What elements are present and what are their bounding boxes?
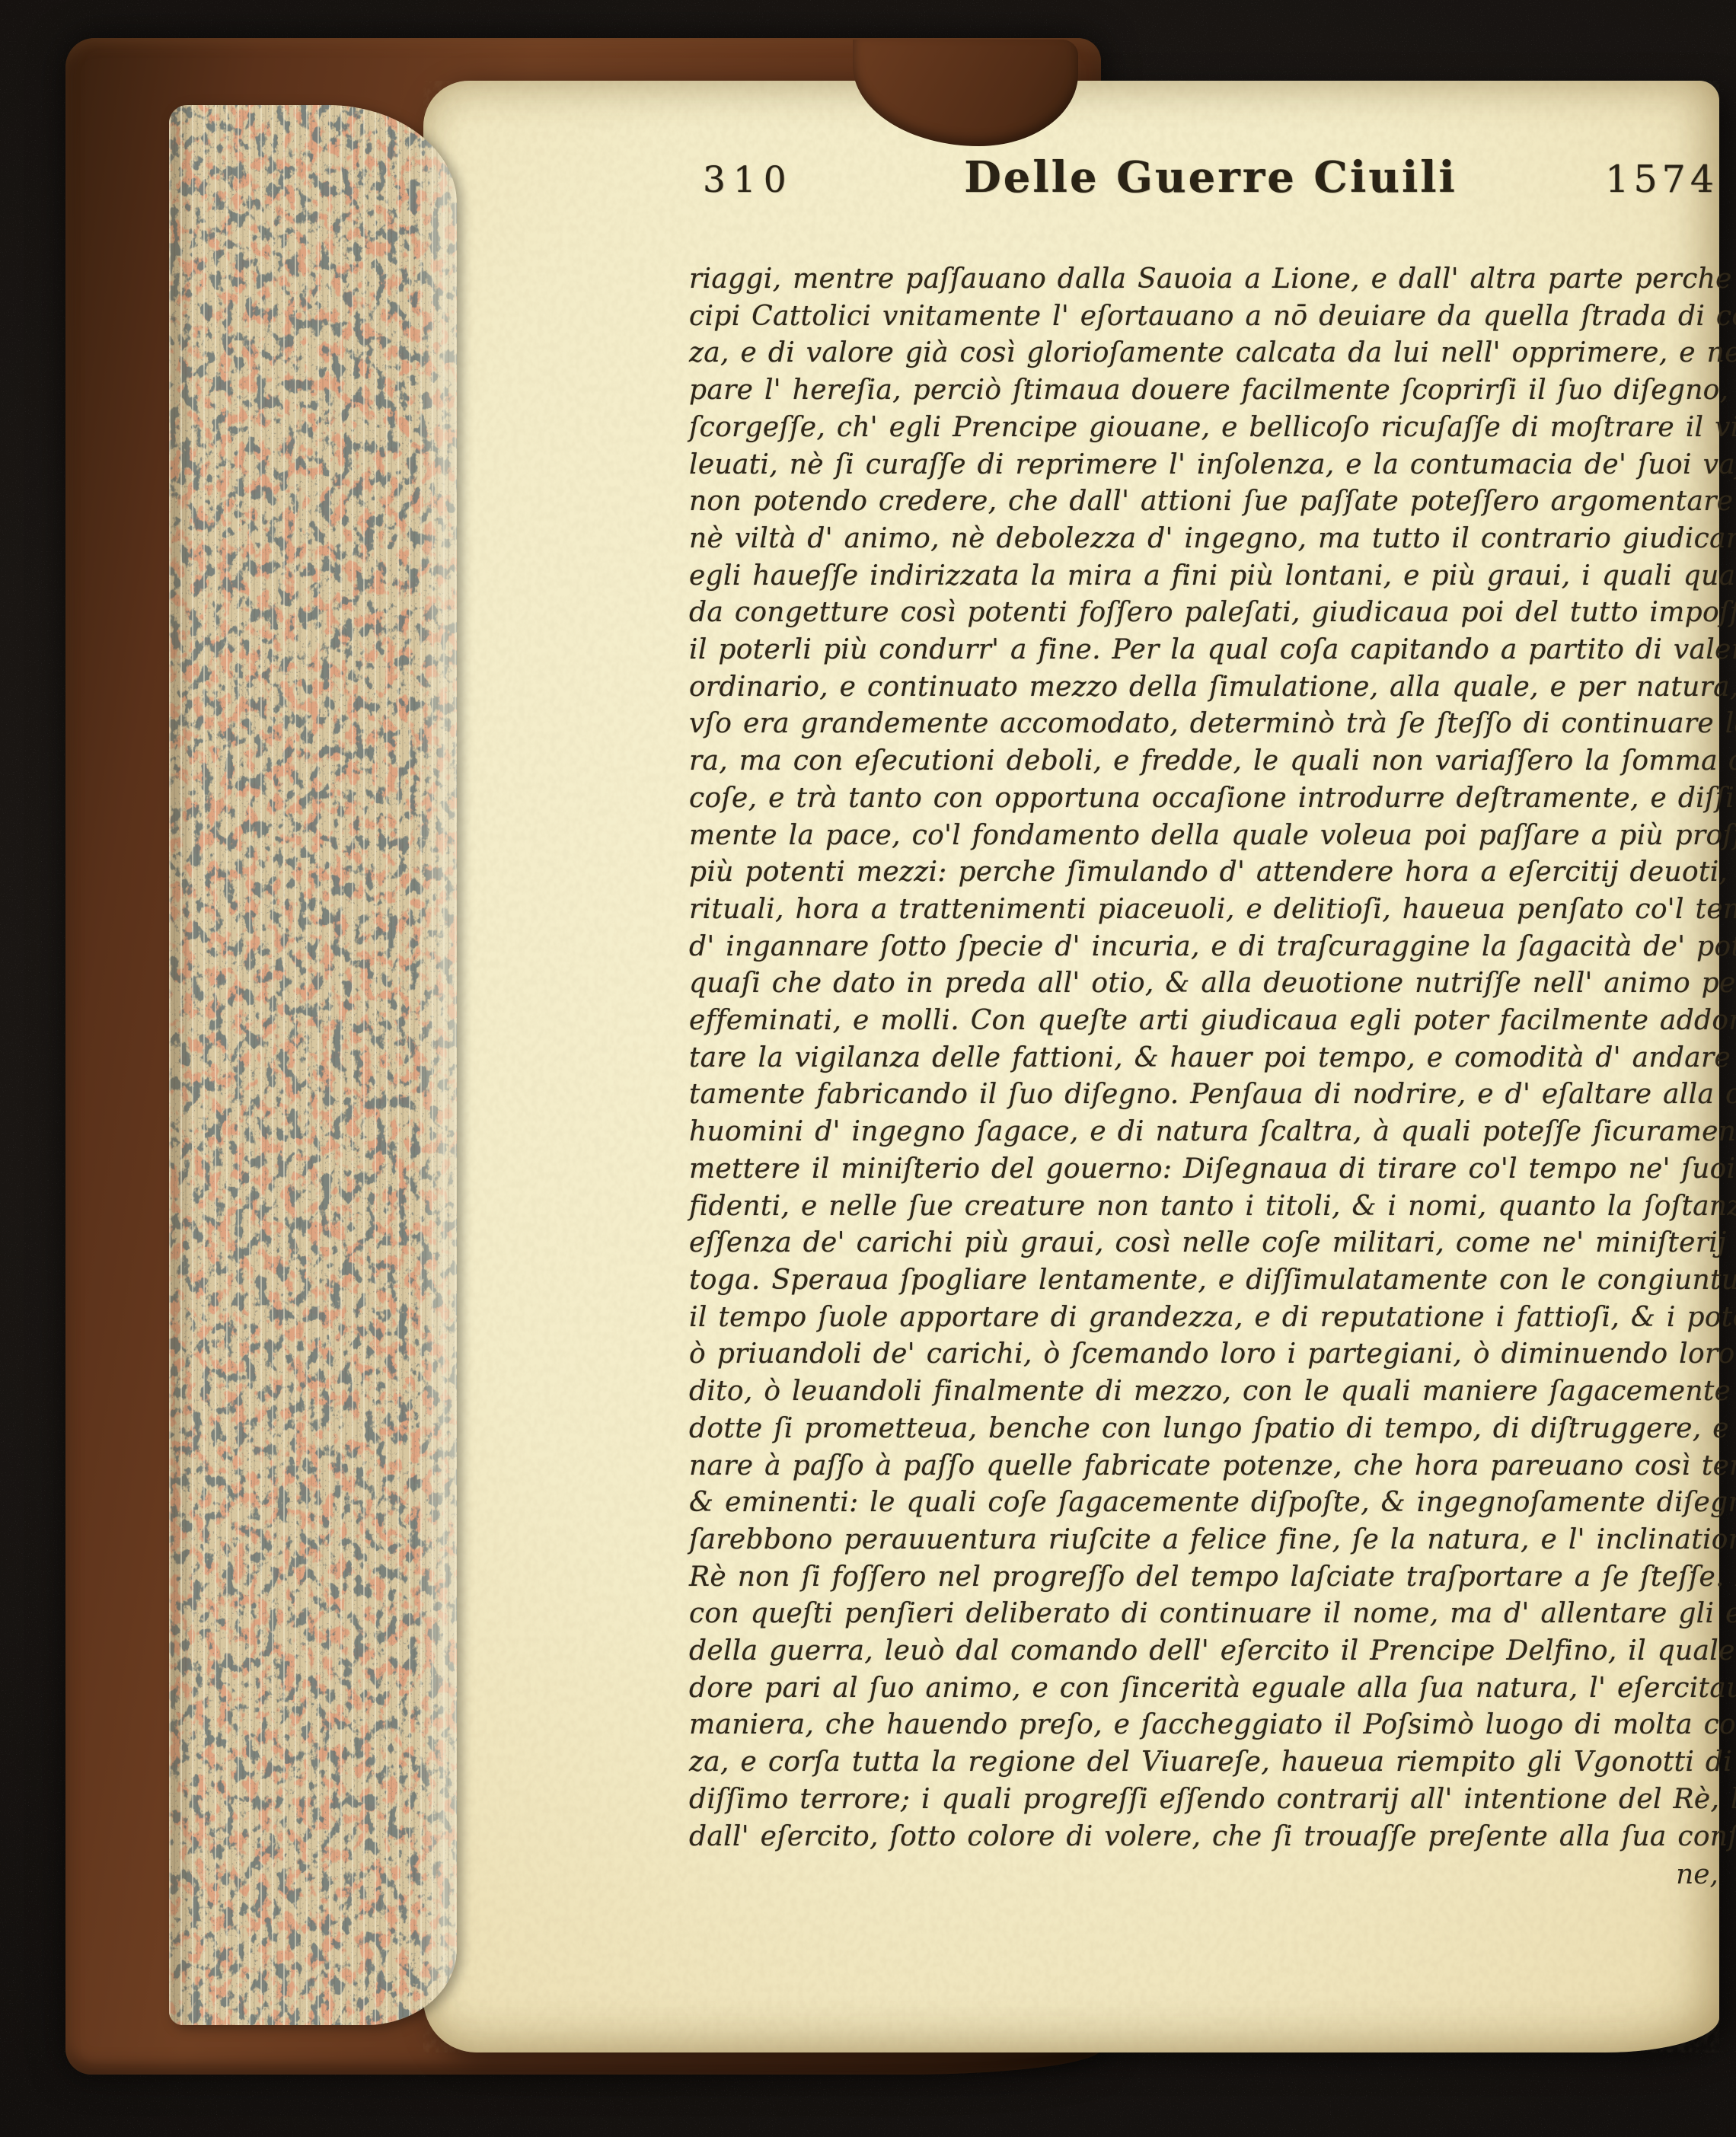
text-line: dotte ſi prometteua, benche con lungo ſp… xyxy=(689,1411,1718,1448)
text-line: coſe, e trà tanto con opportuna occaſion… xyxy=(689,780,1718,818)
text-line: della guerra, leuò dal comando dell' eſe… xyxy=(689,1633,1718,1670)
text-line: riaggi, mentre paſſauano dalla Sauoia a … xyxy=(689,261,1718,298)
text-line: quaſi che dato in preda all' otio, & all… xyxy=(689,965,1718,1003)
text-line: rituali, hora a trattenimenti piaceuoli,… xyxy=(689,891,1718,929)
text-line: ordinario, e continuato mezzo della ſimu… xyxy=(689,669,1718,706)
text-line: ſarebbono perauuentura riuſcite a felice… xyxy=(689,1522,1718,1559)
text-line: pare l' hereſia, perciò ſtimaua douere f… xyxy=(689,372,1718,410)
text-line: dore pari al ſuo animo, e con ſincerità … xyxy=(689,1670,1718,1708)
photo-of-open-book: { "header": { "page_number": "310", "run… xyxy=(0,0,1736,2137)
text-line: Rè non ſi foſſero nel progreſſo del temp… xyxy=(689,1559,1718,1596)
text-line: tare la vigilanza delle fattioni, & haue… xyxy=(689,1040,1718,1077)
fore-edge-speckled-page-block xyxy=(169,105,457,2025)
text-line: il tempo ſuole apportare di grandezza, e… xyxy=(689,1300,1718,1337)
text-line: toga. Speraua ſpogliare lentamente, e di… xyxy=(689,1262,1718,1300)
text-line: mettere il miniſterio del gouerno: Diſeg… xyxy=(689,1151,1718,1188)
text-line: il poterli più condurr' a fine. Per la q… xyxy=(689,632,1718,669)
text-line: d' ingannare ſotto ſpecie d' incuria, e … xyxy=(689,929,1718,966)
text-line: leuati, nè ſi curaſſe di reprimere l' in… xyxy=(689,447,1718,484)
text-line: con queſti penſieri deliberato di contin… xyxy=(689,1596,1718,1633)
text-line: dito, ò leuandoli finalmente di mezzo, c… xyxy=(689,1373,1718,1411)
text-line: & eminenti: le quali coſe ſagacemente di… xyxy=(689,1485,1718,1522)
text-line: eſſenza de' carichi più graui, così nell… xyxy=(689,1225,1718,1262)
text-line: vſo era grandemente accomodato, determin… xyxy=(689,706,1718,743)
text-line: za, e corſa tutta la regione del Viuareſ… xyxy=(689,1744,1718,1781)
year-label: 1574 xyxy=(1551,158,1718,201)
running-title: Delle Guerre Ciuili xyxy=(870,152,1551,203)
printed-page-content: 310 Delle Guerre Ciuili 1574 riaggi, men… xyxy=(689,81,1718,2052)
text-line: non potendo credere, che dall' attioni ſ… xyxy=(689,483,1718,521)
text-line: diſſimo terrore; i quali progreſſi eſſen… xyxy=(689,1781,1718,1819)
text-line: cipi Cattolici vnitamente l' eſortauano … xyxy=(689,298,1718,336)
book-page: 310 Delle Guerre Ciuili 1574 riaggi, men… xyxy=(423,81,1719,2052)
text-line: da congetture così potenti foſſero paleſ… xyxy=(689,595,1718,632)
page-header: 310 Delle Guerre Ciuili 1574 xyxy=(689,152,1718,203)
text-line: maniera, che hauendo preſo, e ſaccheggia… xyxy=(689,1707,1718,1744)
text-line: ra, ma con eſecutioni deboli, e fredde, … xyxy=(689,743,1718,780)
catchword: ne, xyxy=(689,1856,1736,1893)
text-line: egli haueſſe indirizzata la mira a fini … xyxy=(689,558,1718,595)
text-line: dall' eſercito, ſotto colore di volere, … xyxy=(689,1819,1718,1856)
text-line: nè viltà d' animo, nè debolezza d' ingeg… xyxy=(689,521,1718,558)
page-edge-streaks xyxy=(169,105,457,2025)
page-number: 310 xyxy=(689,159,870,201)
text-line: effeminati, e molli. Con queſte arti giu… xyxy=(689,1003,1718,1040)
text-line: ſcorgeſſe, ch' egli Prencipe giouane, e … xyxy=(689,410,1718,447)
body-text: riaggi, mentre paſſauano dalla Sauoia a … xyxy=(689,261,1718,1855)
text-line: mente la pace, co'l fondamento della qua… xyxy=(689,818,1718,855)
text-line: tamente fabricando il ſuo diſegno. Penſa… xyxy=(689,1076,1718,1114)
text-line: più potenti mezzi: perche ſimulando d' a… xyxy=(689,854,1718,891)
text-line: ò priuandoli de' carichi, ò ſcemando lor… xyxy=(689,1336,1718,1373)
text-line: huomini d' ingegno ſagace, e di natura ſ… xyxy=(689,1114,1718,1151)
text-line: nare à paſſo à paſſo quelle fabricate po… xyxy=(689,1448,1718,1485)
text-line: za, e di valore già così glorioſamente c… xyxy=(689,335,1718,372)
text-line: fidenti, e nelle ſue creature non tanto … xyxy=(689,1188,1718,1226)
